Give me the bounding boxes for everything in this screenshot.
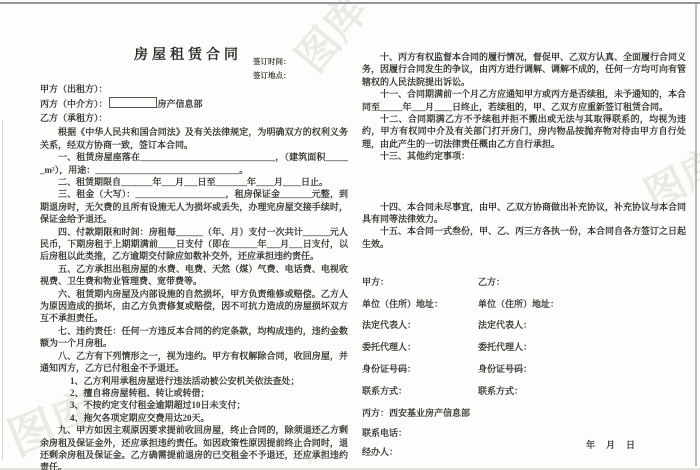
sig-row-id-number: 身份证号码：身份证号码：: [362, 359, 692, 381]
clause-3: 三、租金（大写）：____________________，租房保证金_____…: [40, 188, 348, 225]
page-title: 房屋租赁合同: [40, 44, 336, 64]
sig-id-a-label: 身份证号码：: [362, 359, 478, 381]
party-c-prefix: 丙方（中介方）：: [40, 99, 108, 109]
clause-7: 七、违约责任：任何一方违反本合同的约定条款，均构成违约，违约金数额为一个月房租。: [40, 325, 348, 350]
left-column: 甲方（出租方）： 丙方（中介方）：房产信息部 乙方（承租方）： 根据《中华人民共…: [40, 83, 348, 470]
sig-legal-rep-b-label: 法定代表人：: [478, 320, 532, 330]
scan-edge-top: [0, 2, 700, 4]
sig-legal-rep-a-label: 法定代表人：: [362, 315, 478, 337]
sig-agent-b-label: 委托代理人：: [478, 342, 532, 352]
sig-party-c-line: 丙方：西安基业房产信息部: [362, 404, 692, 424]
sig-row-contact: 联系方式：联系方式：: [362, 381, 692, 403]
contract-page: 图库 图库 图库 图 房屋租赁合同 签订时间： 签订地点： 甲方（出租方）： 丙…: [0, 0, 700, 470]
clause-13: 十三、其他约定事项：: [362, 150, 686, 162]
subclause-2: 2、擅自将房屋转租、转让或转借；: [40, 387, 348, 399]
company-name-box: [109, 97, 157, 108]
sign-meta: 签订时间： 签订地点：: [253, 55, 291, 83]
signature-block: 甲方：乙方： 单位（住所）地址：单位（住所）地址： 法定代表人：法定代表人： 委…: [362, 272, 692, 463]
party-block: 甲方（出租方）： 丙方（中介方）：房产信息部 乙方（承租方）：: [40, 83, 348, 125]
sig-contact-b-label: 联系方式：: [478, 386, 523, 396]
sig-phone-label: 联系电话：: [362, 424, 692, 444]
clause-11: 十一、合同期满前一个月乙方应通知甲方或丙方是否续租，未予通知的，本合同至____…: [362, 88, 686, 113]
clause-9: 九、甲方如因主观原因要求提前收回房屋，终止合同的，除须退还乙方剩余房租及保证金外…: [40, 424, 348, 470]
party-b-line: 乙方（承租方）：: [40, 112, 348, 126]
sig-address-a-label: 单位（住所）地址：: [362, 294, 478, 316]
clause-14: 十四、本合同未尽事宜，由甲、乙双方协商做出补充协议，补充协议与本合同具有同等法律…: [362, 201, 686, 226]
sig-row-legal-rep: 法定代表人：法定代表人：: [362, 315, 692, 337]
sig-address-b-label: 单位（住所）地址：: [478, 299, 559, 309]
subclause-3: 3、不按约定支付租金逾期超过10日未支付；: [40, 399, 348, 411]
sig-handler-label: 经办人：: [362, 443, 692, 463]
sig-contact-a-label: 联系方式：: [362, 381, 478, 403]
scan-edge-left: [2, 120, 3, 460]
right-column: 十、丙方有权监督本合同的履行情况，督促甲、乙双方认真、全面履行合同义务，因履行合…: [362, 51, 686, 250]
clause-8: 八、乙方有下列情形之一，视为违约。甲方有权解除合同，收回房屋，并通知丙方，乙方已…: [40, 350, 348, 375]
sig-row-address: 单位（住所）地址：单位（住所）地址：: [362, 294, 692, 316]
clause-6: 六、租赁期内房屋及内部设施的自然损坏，甲方负责维修或赔偿。乙方人为原因造成的损坏…: [40, 288, 348, 325]
sig-agent-a-label: 委托代理人：: [362, 337, 478, 359]
party-c-line: 丙方（中介方）：房产信息部: [40, 97, 348, 112]
clause-2: 二、租赁期限自_______年___月___日至_______年____月___…: [40, 176, 348, 188]
party-c-suffix: 房产信息部: [158, 99, 203, 109]
sig-party-b-label: 乙方：: [478, 277, 505, 287]
scan-edge-right: [695, 4, 697, 466]
clause-10: 十、丙方有权监督本合同的履行情况，督促甲、乙双方认真、全面履行合同义务，因履行合…: [362, 51, 686, 88]
sig-row-party: 甲方：乙方：: [362, 272, 692, 294]
clause-1: 一、租赁房屋座落在______________________________，…: [40, 151, 348, 176]
sign-place-label: 签订地点：: [253, 69, 291, 83]
sig-party-a-label: 甲方：: [362, 272, 478, 294]
sig-id-b-label: 身份证号码：: [478, 364, 532, 374]
party-a-line: 甲方（出租方）：: [40, 83, 348, 97]
clause-12: 十二、合同期满乙方不予续租并拒不搬出或无法与其取得联系的，均视为违约，甲方有权同…: [362, 113, 686, 150]
intro-paragraph: 根据《中华人民共和国合同法》及有关法律规定，为明确双方的权利义务关系，经双方协商…: [40, 126, 348, 151]
clause-4: 四、付款期限和时间：房租每______（年、月）支付一次共计______元人民币…: [40, 226, 348, 263]
clause-15: 十五、本合同一式叁份，甲、乙、丙三方各执一份，本合同自各方签订之日起生效。: [362, 225, 686, 250]
subclause-1: 1、乙方利用承租房屋进行违法活动被公安机关依法查处；: [40, 375, 348, 387]
clause-5: 五、乙方承担出租房屋的水费、电费、天然（煤）气费、电话费、电视收视费、卫生费和物…: [40, 263, 348, 288]
sign-time-label: 签订时间：: [253, 55, 291, 69]
subclause-4: 4、拖欠各项定期应交费用达20天。: [40, 412, 348, 424]
sig-row-agent: 委托代理人：委托代理人：: [362, 337, 692, 359]
date-line: 年 月 日: [586, 438, 636, 451]
